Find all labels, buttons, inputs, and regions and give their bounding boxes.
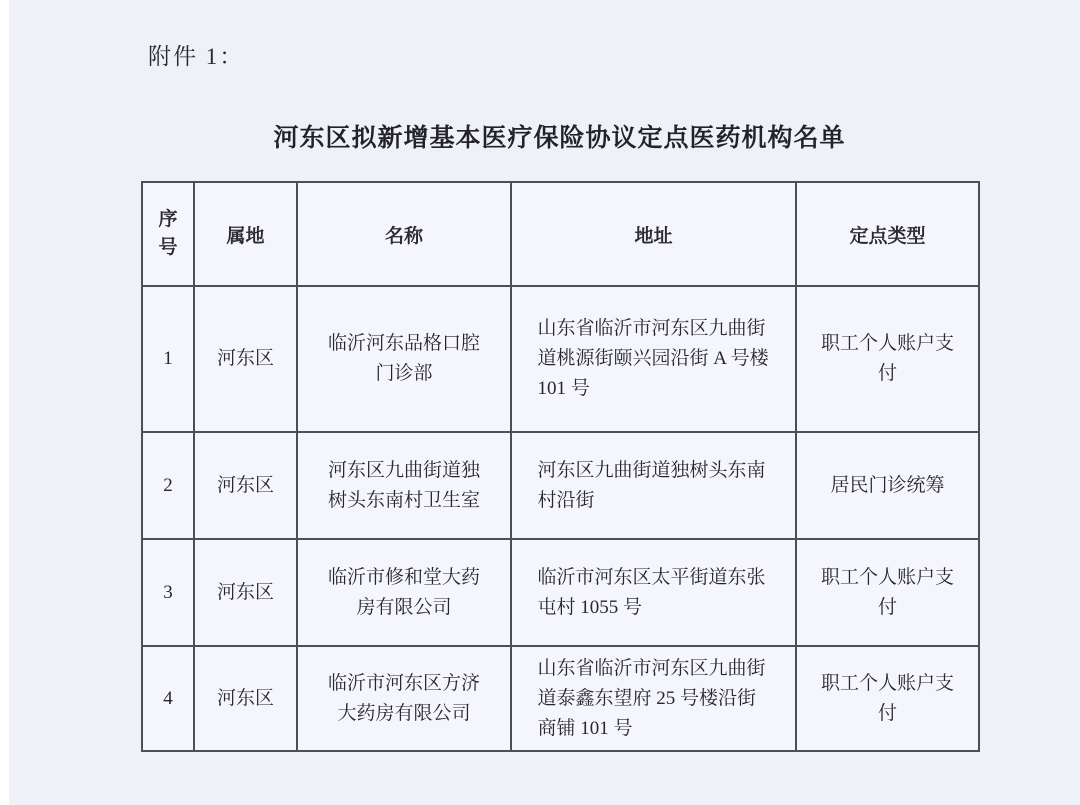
institution-address: 山东省临沂市河东区九曲街道桃源街颐兴园沿街 A 号楼 101 号 (538, 314, 770, 404)
cell-type: 职工个人账户支付 (796, 539, 979, 646)
cell-type: 职工个人账户支付 (796, 646, 979, 751)
table-row: 2 河东区 河东区九曲街道独树头东南村卫生室 河东区九曲街道独树头东南村沿街 居… (142, 432, 979, 539)
cell-region: 河东区 (194, 646, 297, 751)
cell-address: 山东省临沂市河东区九曲街道泰鑫东望府 25 号楼沿街商铺 101 号 (511, 646, 796, 751)
institution-name: 临沂市修和堂大药房有限公司 (325, 563, 483, 623)
scan-edge-strip (0, 0, 9, 805)
institution-address: 山东省临沂市河东区九曲街道泰鑫东望府 25 号楼沿街商铺 101 号 (538, 654, 770, 744)
table-row: 4 河东区 临沂市河东区方济大药房有限公司 山东省临沂市河东区九曲街道泰鑫东望府… (142, 646, 979, 751)
document-title: 河东区拟新增基本医疗保险协议定点医药机构名单 (141, 118, 978, 154)
header-no-label: 序号 (157, 206, 179, 262)
designation-type: 职工个人账户支付 (818, 329, 958, 389)
institution-name: 临沂市河东区方济大药房有限公司 (325, 669, 483, 729)
table-row: 3 河东区 临沂市修和堂大药房有限公司 临沂市河东区太平街道东张屯村 1055 … (142, 539, 979, 646)
cell-no: 1 (142, 286, 194, 432)
cell-type: 职工个人账户支付 (796, 286, 979, 432)
institution-table: 序号 属地 名称 地址 定点类型 1 河东区 临沂河东品格口腔门诊部 山东省临沂… (141, 181, 980, 752)
cell-region: 河东区 (194, 432, 297, 539)
cell-name: 临沂市修和堂大药房有限公司 (297, 539, 511, 646)
cell-address: 临沂市河东区太平街道东张屯村 1055 号 (511, 539, 796, 646)
cell-region: 河东区 (194, 539, 297, 646)
institution-address: 临沂市河东区太平街道东张屯村 1055 号 (538, 563, 770, 623)
attachment-label: 附件 1： (148, 38, 244, 71)
table-header-row: 序号 属地 名称 地址 定点类型 (142, 182, 979, 286)
header-name: 名称 (297, 182, 511, 286)
institution-name: 河东区九曲街道独树头东南村卫生室 (325, 456, 483, 516)
cell-address: 河东区九曲街道独树头东南村沿街 (511, 432, 796, 539)
institution-address: 河东区九曲街道独树头东南村沿街 (538, 456, 770, 516)
cell-type: 居民门诊统筹 (796, 432, 979, 539)
designation-type: 居民门诊统筹 (818, 471, 958, 501)
designation-type: 职工个人账户支付 (818, 563, 958, 623)
table-row: 1 河东区 临沂河东品格口腔门诊部 山东省临沂市河东区九曲街道桃源街颐兴园沿街 … (142, 286, 979, 432)
designation-type: 职工个人账户支付 (818, 669, 958, 729)
cell-no: 4 (142, 646, 194, 751)
header-region: 属地 (194, 182, 297, 286)
cell-name: 临沂河东品格口腔门诊部 (297, 286, 511, 432)
header-type: 定点类型 (796, 182, 979, 286)
cell-no: 2 (142, 432, 194, 539)
cell-no: 3 (142, 539, 194, 646)
header-no: 序号 (142, 182, 194, 286)
header-address: 地址 (511, 182, 796, 286)
institution-name: 临沂河东品格口腔门诊部 (325, 329, 483, 389)
cell-name: 河东区九曲街道独树头东南村卫生室 (297, 432, 511, 539)
cell-address: 山东省临沂市河东区九曲街道桃源街颐兴园沿街 A 号楼 101 号 (511, 286, 796, 432)
cell-region: 河东区 (194, 286, 297, 432)
cell-name: 临沂市河东区方济大药房有限公司 (297, 646, 511, 751)
